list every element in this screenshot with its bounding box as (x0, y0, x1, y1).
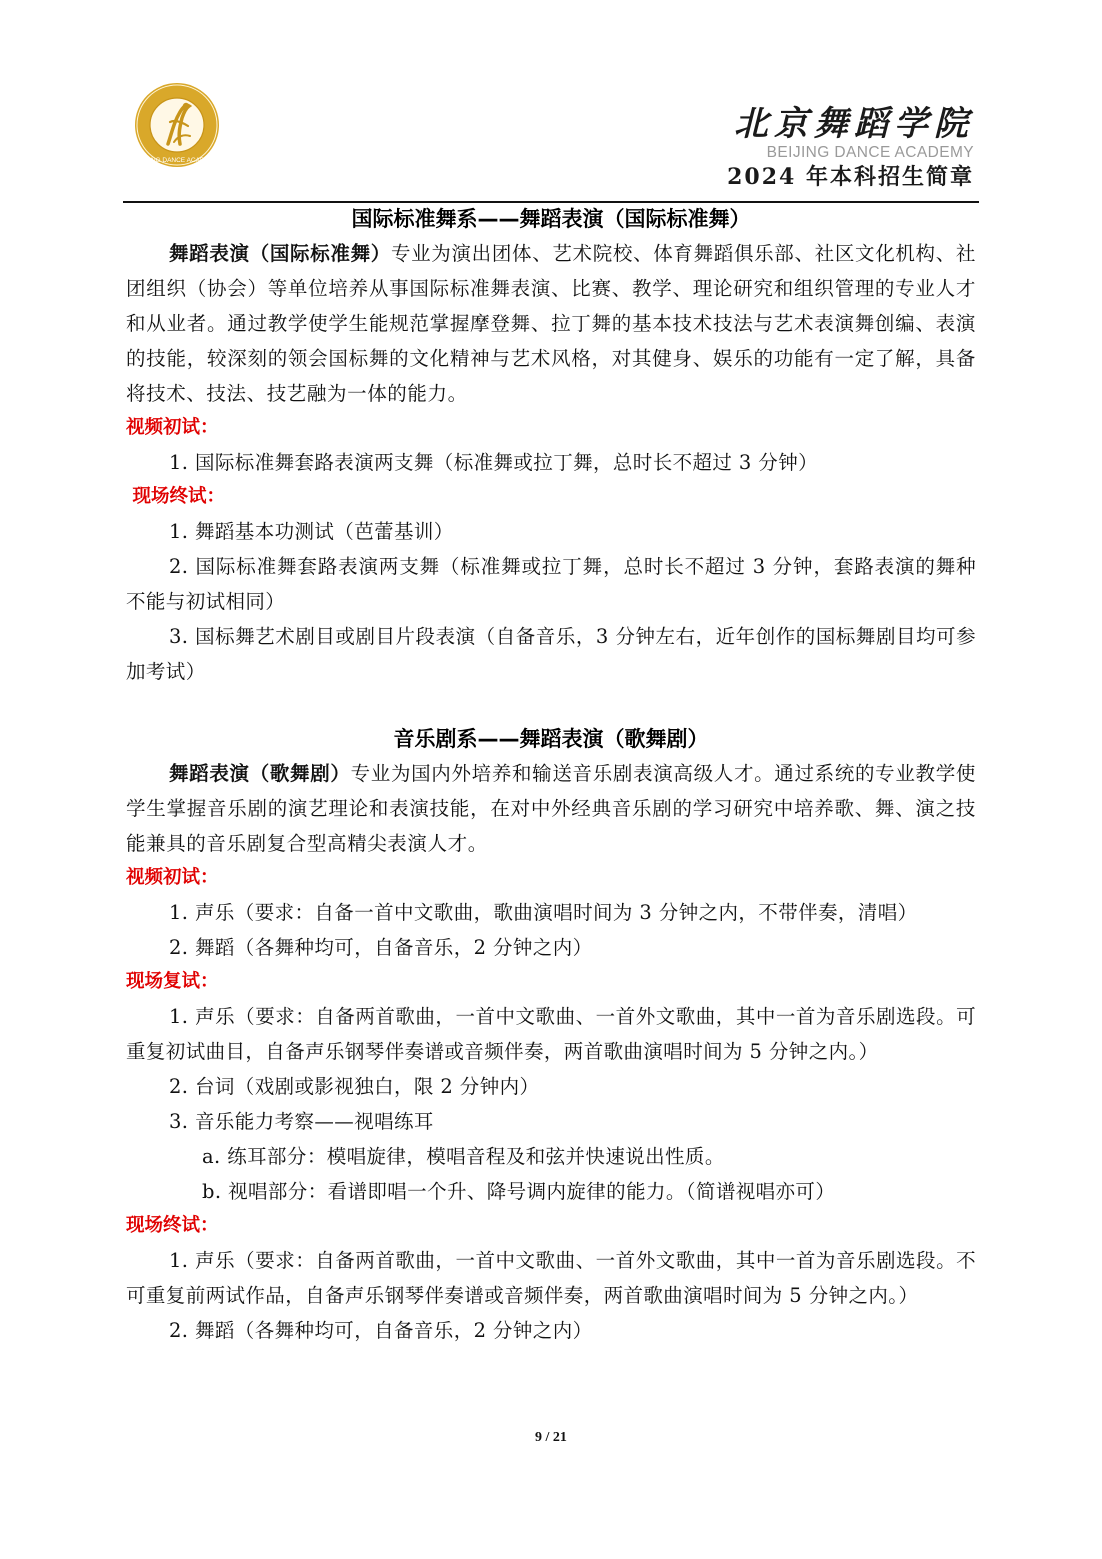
academy-emblem-icon: BEIJING DANCE ACADEMY (134, 82, 220, 168)
academy-logo: BEIJING DANCE ACADEMY (134, 82, 220, 168)
exam-item: 3. 国标舞艺术剧目或剧目片段表演（自备音乐，3 分钟左右，近年创作的国标舞剧目… (126, 619, 976, 689)
stage-label: 现场复试： (126, 965, 976, 999)
brand-chinese-name: 北京舞蹈学院 (727, 104, 974, 144)
exam-sub-item: b. 视唱部分：看谱即唱一个升、降号调内旋律的能力。（简谱视唱亦可） (126, 1174, 976, 1209)
exam-item: 1. 声乐（要求：自备两首歌曲，一首中文歌曲、一首外文歌曲，其中一首为音乐剧选段… (126, 1243, 976, 1313)
document-page: BEIJING DANCE ACADEMY 北京舞蹈学院 BEIJING DAN… (0, 0, 1102, 1559)
section-intro: 舞蹈表演（歌舞剧）专业为国内外培养和输送音乐剧表演高级人才。通过系统的专业教学使… (126, 756, 976, 861)
brand-block: 北京舞蹈学院 BEIJING DANCE ACADEMY 2024 年本科招生简… (727, 104, 974, 192)
brand-english-name: BEIJING DANCE ACADEMY (727, 144, 974, 162)
svg-text:BEIJING DANCE ACADEMY: BEIJING DANCE ACADEMY (135, 157, 219, 164)
exam-item: 1. 国际标准舞套路表演两支舞（标准舞或拉丁舞，总时长不超过 3 分钟） (126, 445, 976, 480)
section-gap (126, 689, 976, 722)
stage-label: 现场终试： (126, 1209, 976, 1243)
stage-label: 视频初试： (126, 411, 976, 445)
section-title: 国际标准舞系——舞蹈表演（国际标准舞） (126, 202, 976, 236)
exam-item: 2. 舞蹈（各舞种均可，自备音乐，2 分钟之内） (126, 930, 976, 965)
exam-item: 3. 音乐能力考察——视唱练耳 (126, 1104, 976, 1139)
section-title: 音乐剧系——舞蹈表演（歌舞剧） (126, 722, 976, 756)
exam-item: 1. 声乐（要求：自备两首歌曲，一首中文歌曲、一首外文歌曲，其中一首为音乐剧选段… (126, 999, 976, 1069)
exam-item: 2. 舞蹈（各舞种均可，自备音乐，2 分钟之内） (126, 1313, 976, 1348)
stage-label: 现场终试： (126, 480, 976, 514)
exam-item: 1. 舞蹈基本功测试（芭蕾基训） (126, 514, 976, 549)
stage-label: 视频初试： (126, 861, 976, 895)
exam-item: 1. 声乐（要求：自备一首中文歌曲，歌曲演唱时间为 3 分钟之内，不带伴奏，清唱… (126, 895, 976, 930)
intro-text: 专业为演出团体、艺术院校、体育舞蹈俱乐部、社区文化机构、社团组织（协会）等单位培… (126, 242, 976, 405)
page-number: 9 / 21 (0, 1430, 1102, 1446)
exam-sub-item: a. 练耳部分：模唱旋律，模唱音程及和弦并快速说出性质。 (126, 1139, 976, 1174)
major-name: 舞蹈表演（国际标准舞） (169, 242, 391, 265)
brochure-title: 2024 年本科招生简章 (727, 162, 974, 192)
major-name: 舞蹈表演（歌舞剧） (169, 762, 351, 785)
document-body: 国际标准舞系——舞蹈表演（国际标准舞） 舞蹈表演（国际标准舞）专业为演出团体、艺… (126, 202, 976, 1348)
exam-item: 2. 国际标准舞套路表演两支舞（标准舞或拉丁舞，总时长不超过 3 分钟，套路表演… (126, 549, 976, 619)
section-intro: 舞蹈表演（国际标准舞）专业为演出团体、艺术院校、体育舞蹈俱乐部、社区文化机构、社… (126, 236, 976, 411)
exam-item: 2. 台词（戏剧或影视独白，限 2 分钟内） (126, 1069, 976, 1104)
